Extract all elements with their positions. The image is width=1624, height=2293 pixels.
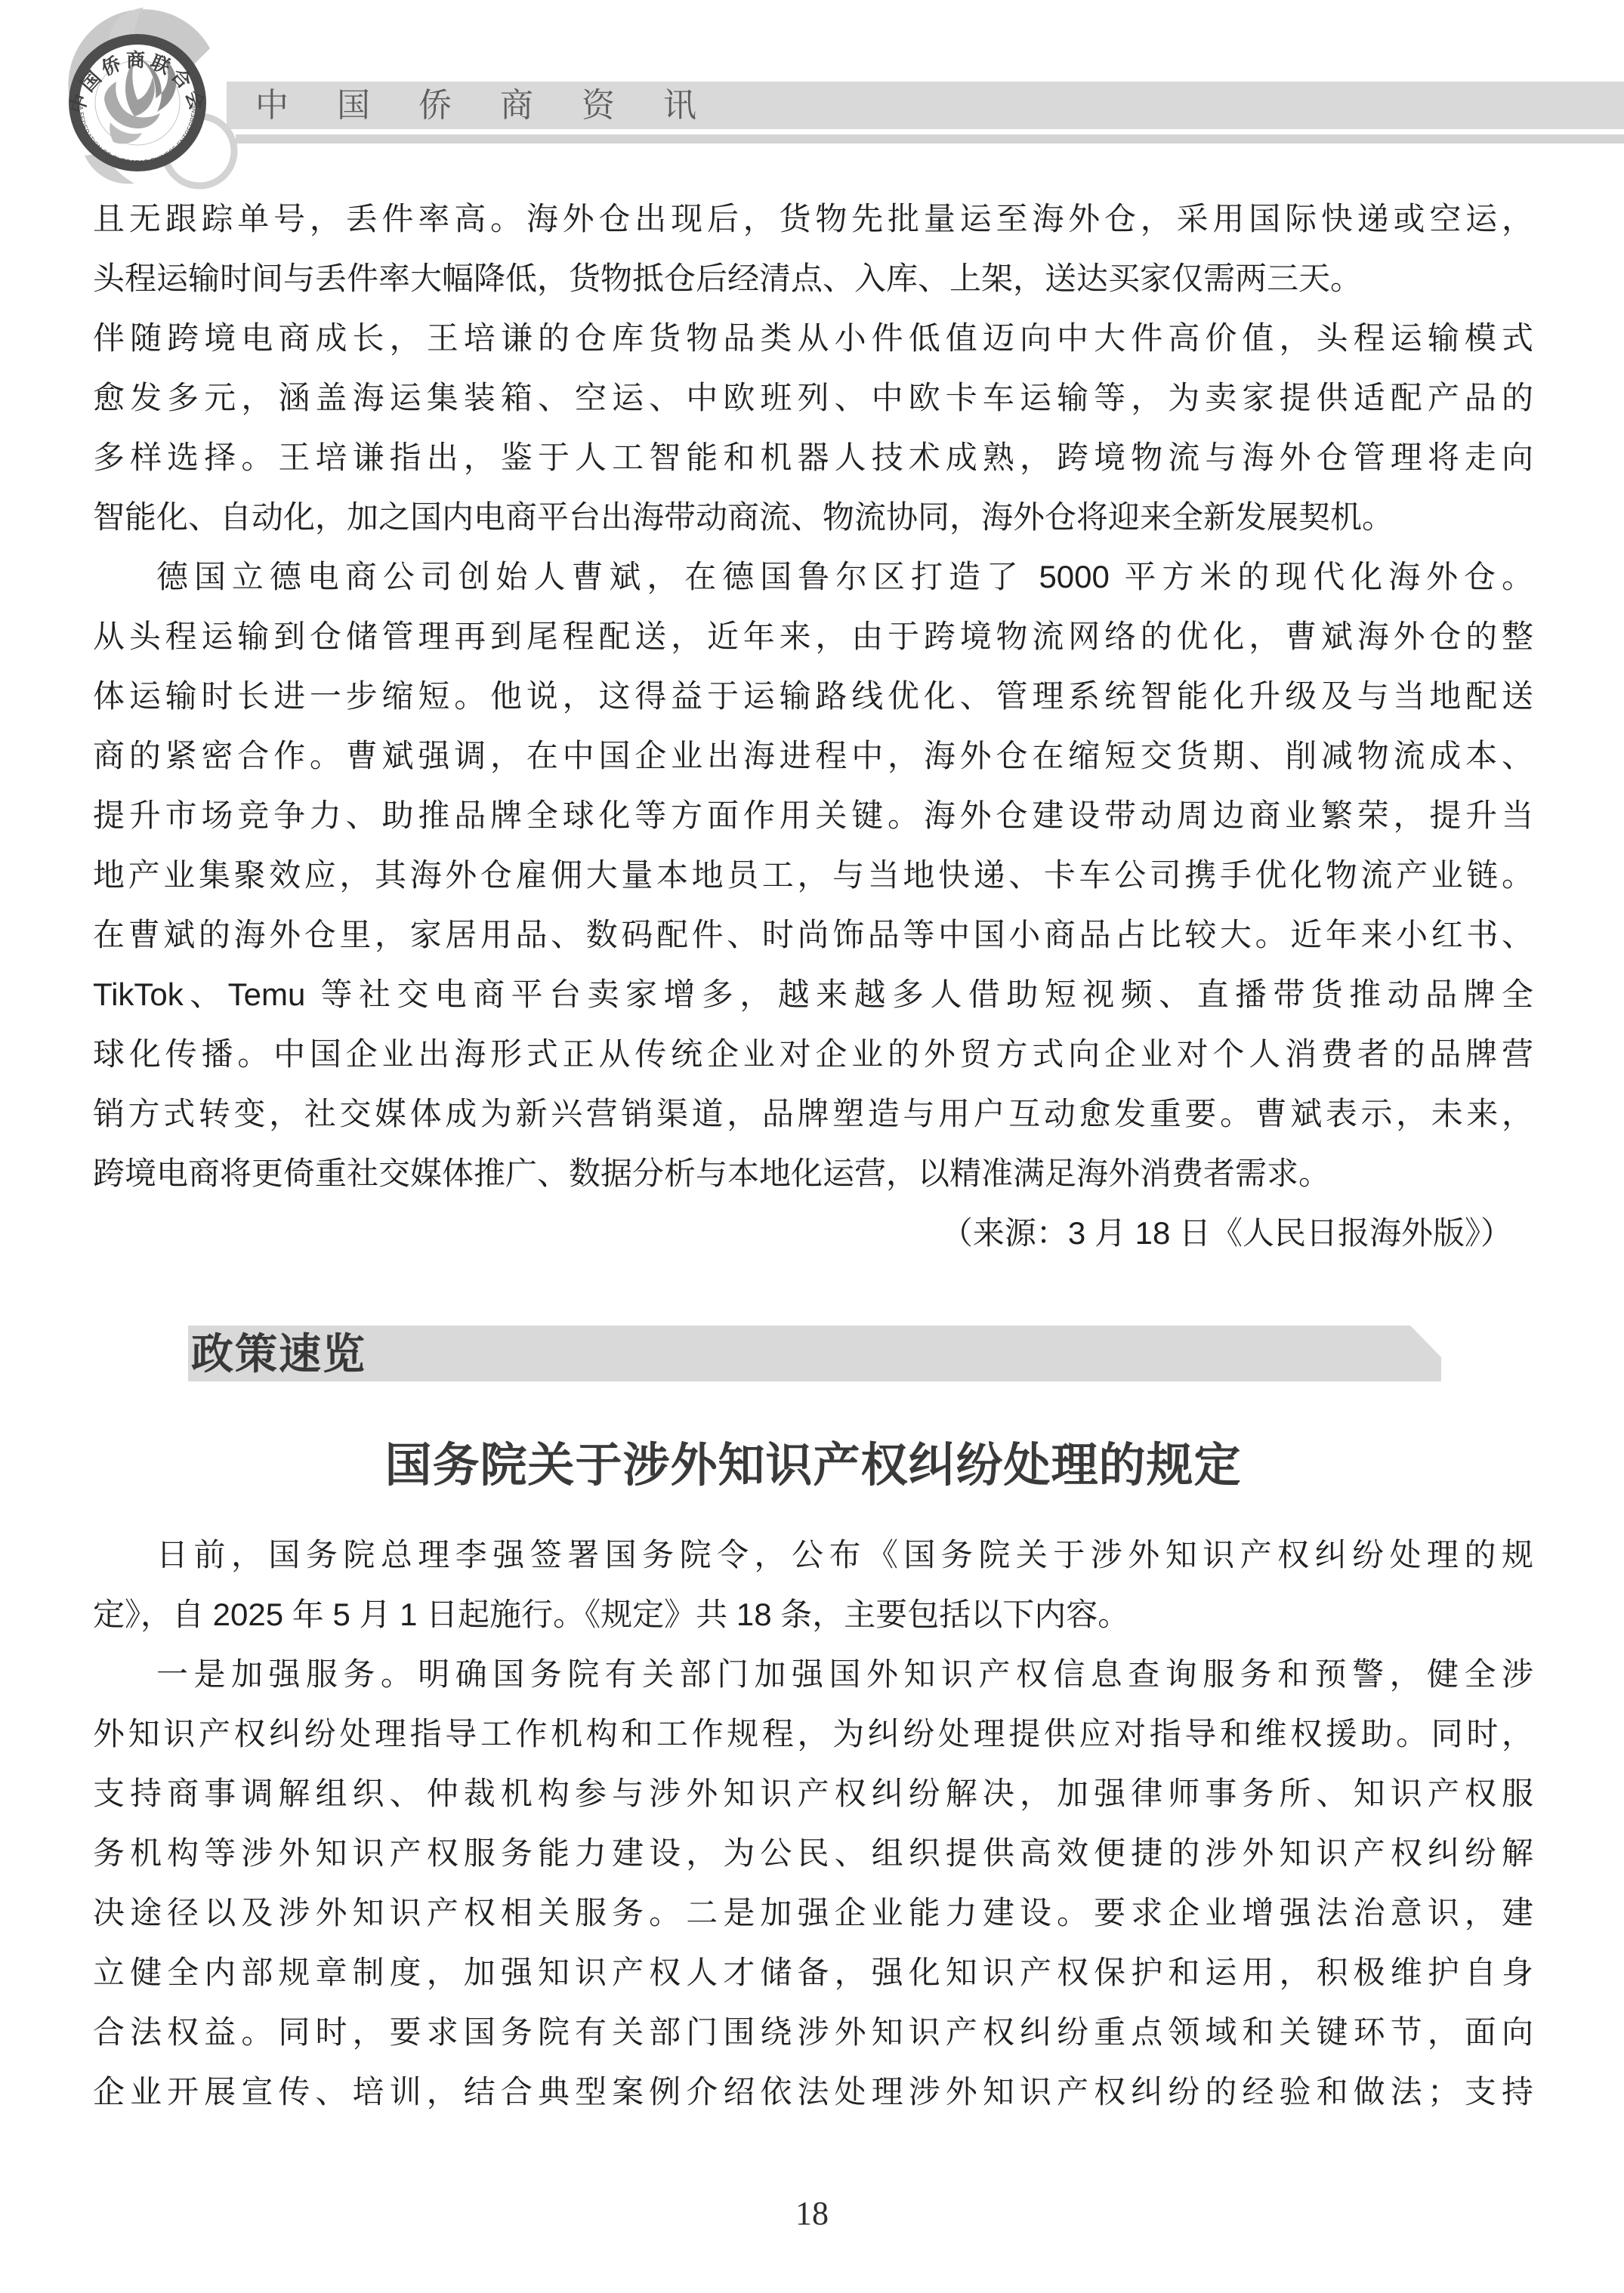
section-banner-label: 政策速览 [191,1325,366,1381]
page: 中国侨商资讯 中国侨商联合会 CH [0,0,1624,2293]
body-line: 伴随跨境电商成长，王培谦的仓库货物品类从小件低值迈向中大件高价值，头程运输模式 [93,308,1533,368]
body-line: 球化传播。中国企业出海形式正从传统企业对企业的外贸方式向企业对个人消费者的品牌营 [93,1024,1533,1084]
body-line: 且无跟踪单号，丢件率高。海外仓出现后，货物先批量运至海外仓，采用国际快递或空运， [93,189,1533,248]
body-line: 一是加强服务。明确国务院有关部门加强国外知识产权信息查询服务和预警，健全涉 [93,1644,1533,1704]
body-line: 定》，自 2025 年 5 月 1 日起施行。《规定》共 18 条，主要包括以下… [93,1585,1533,1644]
body-line: 商的紧密合作。曹斌强调，在中国企业出海进程中，海外仓在缩短交货期、削减物流成本、 [93,726,1533,785]
body-line: 德国立德电商公司创始人曹斌，在德国鲁尔区打造了 5000 平方米的现代化海外仓。 [93,547,1533,606]
page-number: 18 [0,2194,1624,2233]
body-line: 外知识产权纠纷处理指导工作机构和工作规程，为纠纷处理提供应对指导和维权援助。同时… [93,1704,1533,1764]
body-line: 决途径以及涉外知识产权相关服务。二是加强企业能力建设。要求企业增强法治意识，建 [93,1883,1533,1943]
header-gray-subbar [236,134,1624,144]
body-line: 愈发多元，涵盖海运集装箱、空运、中欧班列、中欧卡车运输等，为卖家提供适配产品的 [93,368,1533,427]
body-line: 地产业集聚效应，其海外仓雇佣大量本地员工，与当地快递、卡车公司携手优化物流产业链… [93,845,1533,905]
body-line: 在曹斌的海外仓里，家居用品、数码配件、时尚饰品等中国小商品占比较大。近年来小红书… [93,905,1533,964]
body-line: 多样选择。王培谦指出，鉴于人工智能和机器人技术成熟，跨境物流与海外仓管理将走向 [93,427,1533,487]
masthead-title: 中国侨商资讯 [255,82,745,129]
body-line: 智能化、自动化，加之国内电商平台出海带动商流、物流协同，海外仓将迎来全新发展契机… [93,487,1533,547]
body-line: 企业开展宣传、培训，结合典型案例介绍依法处理涉外知识产权纠纷的经验和做法；支持 [93,2062,1533,2122]
body-line: 提升市场竞争力、助推品牌全球化等方面作用关键。海外仓建设带动周边商业繁荣，提升当 [93,785,1533,845]
body-line: 务机构等涉外知识产权服务能力建设，为公民、组织提供高效便捷的涉外知识产权纠纷解 [93,1823,1533,1883]
policy-article-body: 日前，国务院总理李强签署国务院令，公布《国务院关于涉外知识产权纠纷处理的规 定》… [93,1525,1533,2122]
policy-article-title: 国务院关于涉外知识产权纠纷处理的规定 [93,1436,1533,1496]
body-line: 销方式转变，社交媒体成为新兴营销渠道，品牌塑造与用户互动愈发重要。曹斌表示，未来… [93,1084,1533,1143]
article-source-note: （来源：3 月 18 日《人民日报海外版》） [93,1203,1533,1263]
logo-graphic: 中国侨商联合会 CHINA FEDERATION OF OVERSEAS CHI… [38,6,257,191]
organization-logo: 中国侨商联合会 CHINA FEDERATION OF OVERSEAS CHI… [38,6,257,191]
body-line: TikTok、Temu 等社交电商平台卖家增多，越来越多人借助短视频、直播带货推… [93,964,1533,1024]
body-line: 体运输时长进一步缩短。他说，这得益于运输路线优化、管理系统智能化升级及与当地配送 [93,666,1533,726]
body-line: 日前，国务院总理李强签署国务院令，公布《国务院关于涉外知识产权纠纷处理的规 [93,1525,1533,1585]
body-line: 头程运输时间与丢件率大幅降低，货物抵仓后经清点、入库、上架，送达买家仅需两三天。 [93,248,1533,308]
body-line: 从头程运输到仓储管理再到尾程配送，近年来，由于跨境物流网络的优化，曹斌海外仓的整 [93,606,1533,666]
article-overseas-warehouse-body: 且无跟踪单号，丢件率高。海外仓出现后，货物先批量运至海外仓，采用国际快递或空运，… [93,189,1533,1263]
body-line: 支持商事调解组织、仲裁机构参与涉外知识产权纠纷解决，加强律师事务所、知识产权服 [93,1764,1533,1823]
body-line: 合法权益。同时，要求国务院有关部门围绕涉外知识产权纠纷重点领域和关键环节，面向 [93,2002,1533,2062]
body-line: 跨境电商将更倚重社交媒体推广、数据分析与本地化运营，以精准满足海外消费者需求。 [93,1143,1533,1203]
section-banner-policy: 政策速览 [188,1325,1441,1381]
body-line: 立健全内部规章制度，加强知识产权人才储备，强化知识产权保护和运用，积极维护自身 [93,1943,1533,2002]
